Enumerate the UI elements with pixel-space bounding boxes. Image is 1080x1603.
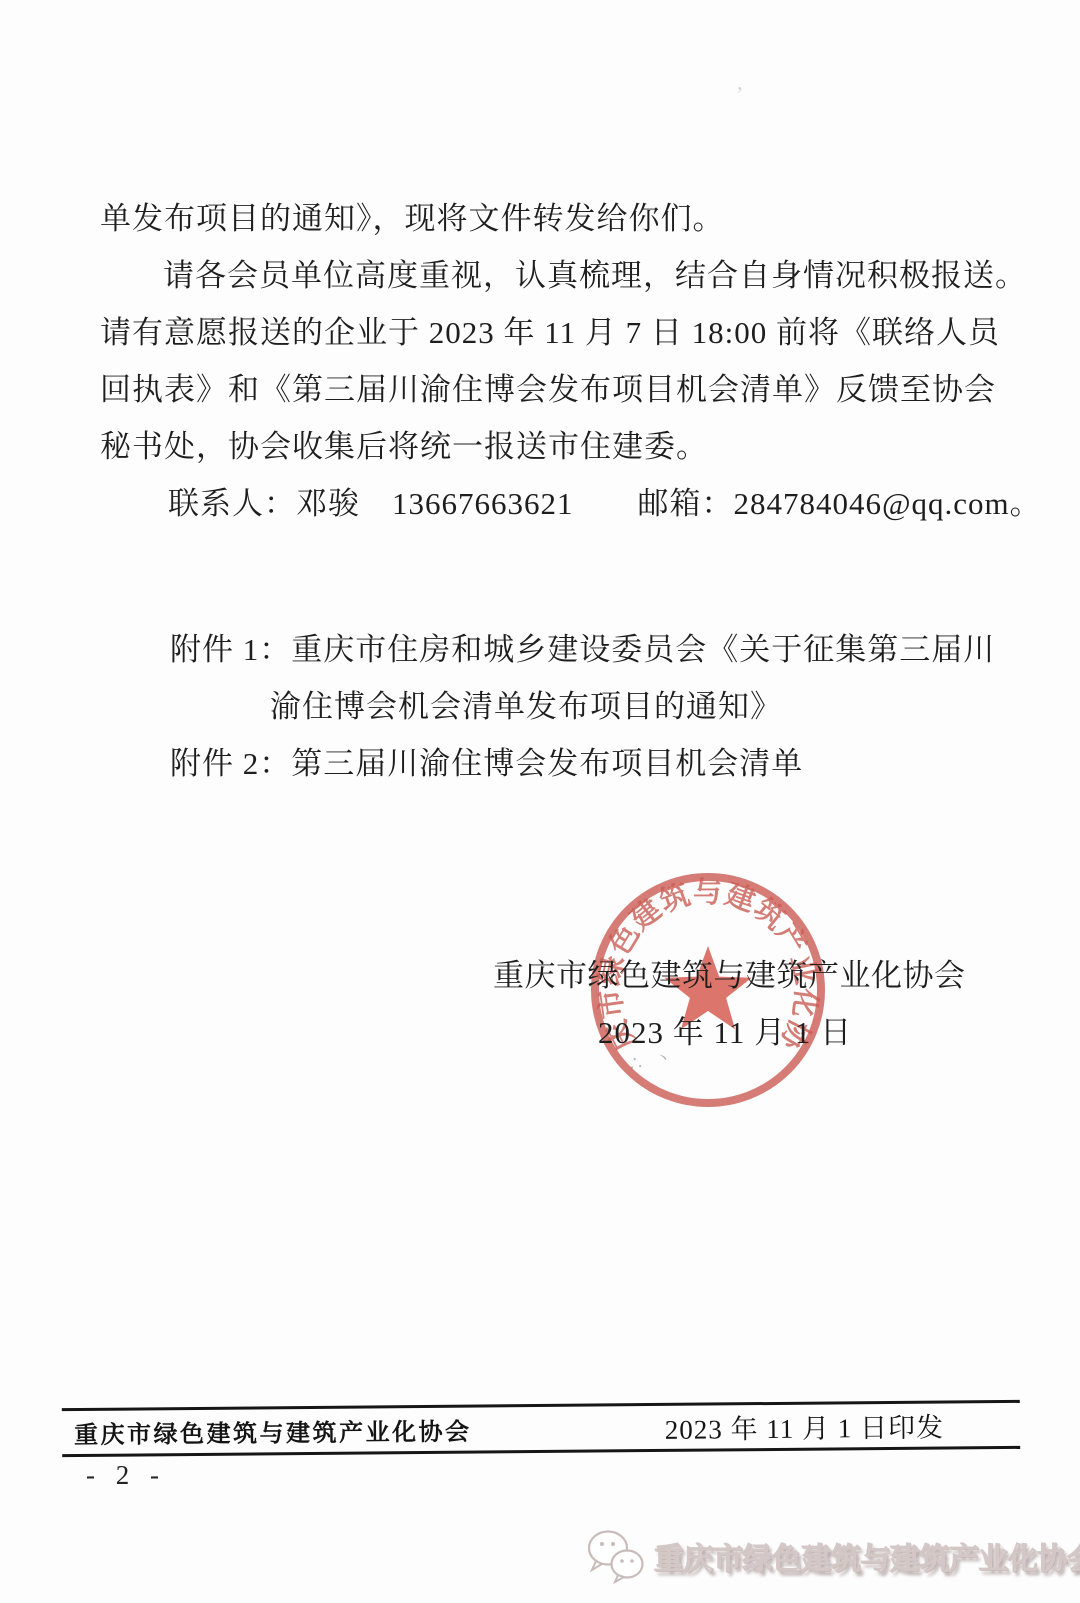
- body-line: 请有意愿报送的企业于 2023 年 11 月 7 日 18:00 前将《联络人员: [100, 304, 1000, 361]
- signature-date: 2023 年 11 月 1 日: [598, 1007, 852, 1052]
- footer-organization: 重庆市绿色建筑与建筑产业化协会: [62, 1412, 472, 1451]
- body-line: 秘书处，协会收集后将统一报送市住建委。: [100, 418, 1000, 475]
- footer-issue-date: 2023 年 11 月 1 日印发: [665, 1405, 1021, 1447]
- body-line-contact: 联系人：邓骏 13667663621 邮箱：284784046@qq.com。: [100, 475, 1000, 532]
- attachments-list: 附件 1：重庆市住房和城乡建设委员会《关于征集第三届川 渝住博会机会清单发布项目…: [170, 621, 1010, 792]
- bottom-watermark: 重庆市绿色建筑与建筑产业化协会: [584, 1526, 1080, 1586]
- watermark-organization-text: 重庆市绿色建筑与建筑产业化协会: [654, 1534, 1080, 1578]
- body-line: 请各会员单位高度重视，认真梳理，结合自身情况积极报送。: [100, 247, 1000, 304]
- scan-artifact-mark: ʼ: [736, 82, 743, 108]
- body-line: 单发布项目的通知》，现将文件转发给你们。: [100, 190, 1000, 247]
- attachment-1-continuation: 渝住博会机会清单发布项目的通知》: [170, 678, 1010, 735]
- document-page: ʼ 单发布项目的通知》，现将文件转发给你们。 请各会员单位高度重视，认真梳理，结…: [0, 0, 1080, 1603]
- body-line: 回执表》和《第三届川渝住博会发布项目机会清单》反馈至协会: [100, 361, 1000, 418]
- signature-organization: 重庆市绿色建筑与建筑产业化协会: [493, 950, 966, 995]
- attachment-2-line: 附件 2：第三届川渝住博会发布项目机会清单: [170, 735, 1010, 792]
- body-paragraphs: 单发布项目的通知》，现将文件转发给你们。 请各会员单位高度重视，认真梳理，结合自…: [100, 190, 1000, 532]
- attachment-1-line: 附件 1：重庆市住房和城乡建设委员会《关于征集第三届川: [170, 621, 1010, 678]
- page-number: - 2 -: [86, 1460, 166, 1491]
- wechat-icon: [584, 1526, 650, 1586]
- footer-band: 重庆市绿色建筑与建筑产业化协会 2023 年 11 月 1 日印发: [62, 1400, 1020, 1457]
